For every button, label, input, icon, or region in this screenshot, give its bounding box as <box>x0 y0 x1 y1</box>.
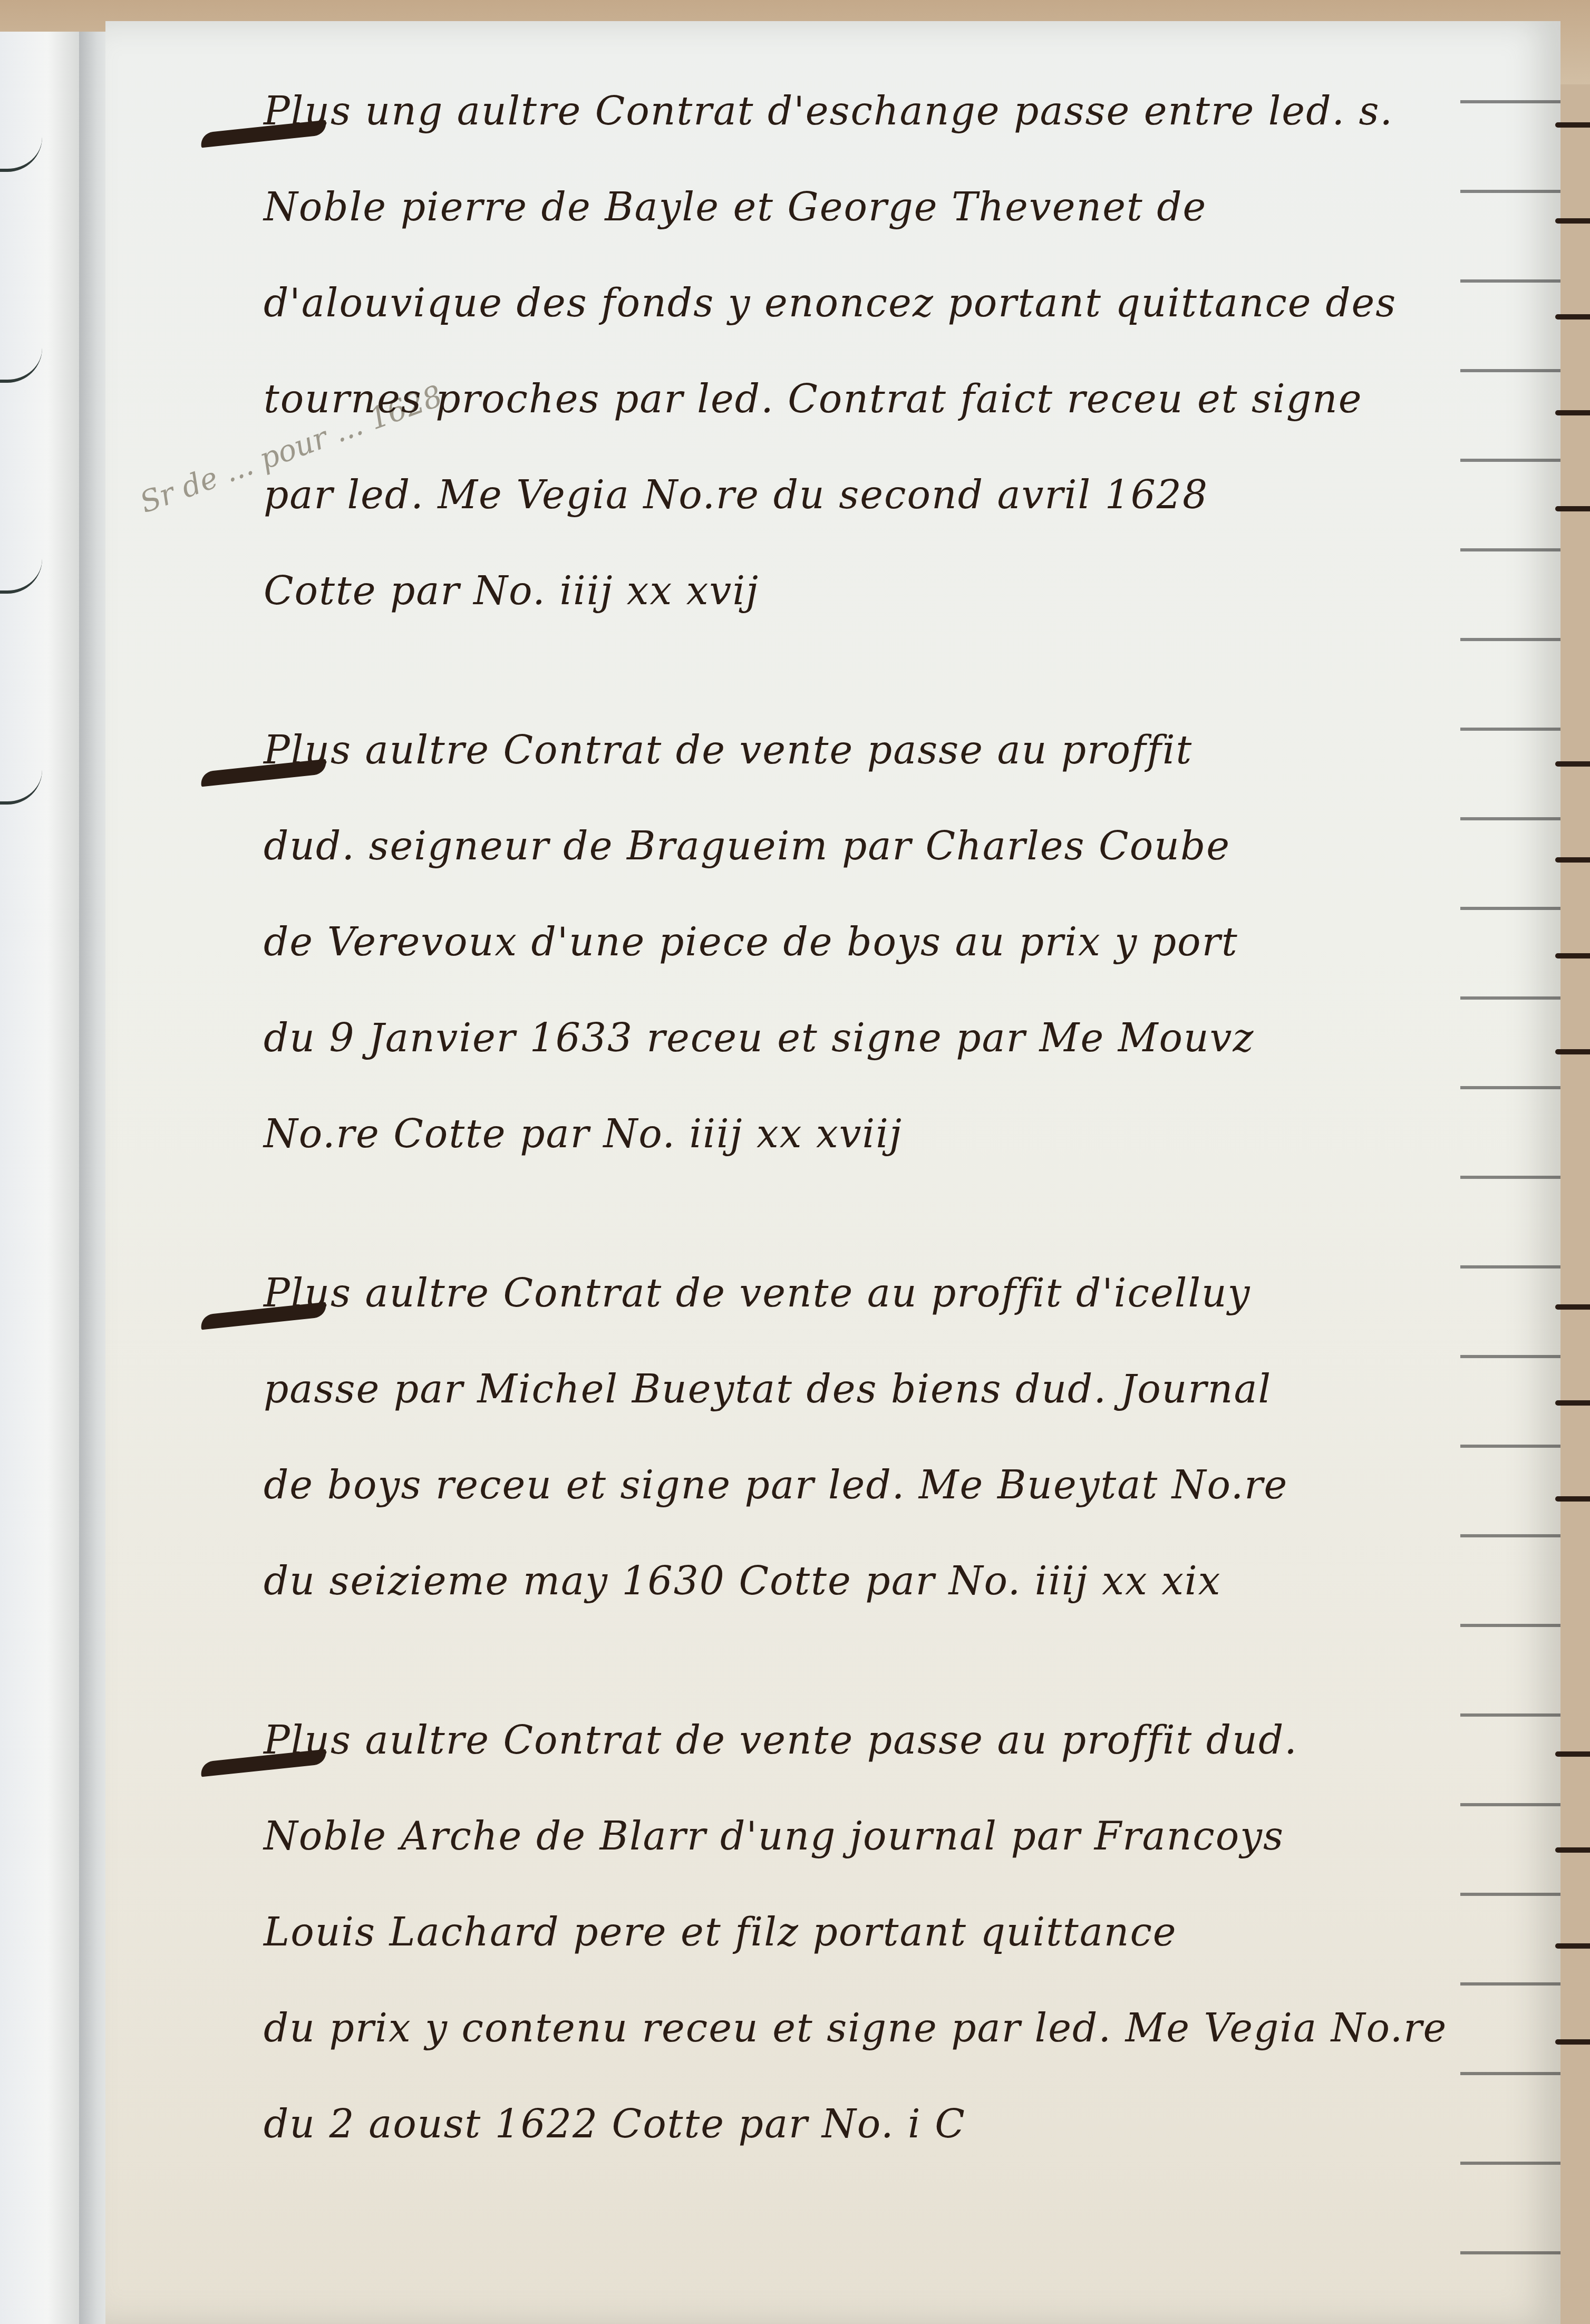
entry-cote: Cotte par No. iiij xx xvij <box>264 543 1590 639</box>
entry-line: Plus aultre Contrat de vente passe au pr… <box>264 1692 1590 1788</box>
entry-line: du prix y contenu receu et signe par led… <box>264 1980 1590 2076</box>
entry-line: de boys receu et signe par led. Me Bueyt… <box>264 1437 1590 1533</box>
entry-cote: du 2 aoust 1622 Cotte par No. i C <box>264 2076 1590 2172</box>
entry-line: Plus ung aultre Contrat d'eschange passe… <box>264 63 1590 159</box>
entry-line: Noble Arche de Blarr d'ung journal par F… <box>264 1788 1590 1884</box>
entry-line: d'alouvique des fonds y enoncez portant … <box>264 255 1590 351</box>
entry-4: Plus aultre Contrat de vente passe au pr… <box>264 1692 1590 2172</box>
binding-ring-icon <box>0 559 42 594</box>
binding-ring-icon <box>0 137 42 172</box>
entry-1: Sr de ... pour ... 1628 Plus ung aultre … <box>264 63 1590 639</box>
entry-line: passe par Michel Bueytat des biens dud. … <box>264 1341 1590 1437</box>
binding-ring-icon <box>0 770 42 805</box>
entry-3: Plus aultre Contrat de vente au proffit … <box>264 1245 1590 1629</box>
entry-line: Plus aultre Contrat de vente au proffit … <box>264 1245 1590 1341</box>
entry-line: Plus aultre Contrat de vente passe au pr… <box>264 702 1590 798</box>
entry-line: Noble pierre de Bayle et George Thevenet… <box>264 159 1590 255</box>
manuscript-page: Sr de ... pour ... 1628 Plus ung aultre … <box>105 21 1560 2324</box>
entry-line: de Verevoux d'une piece de boys au prix … <box>264 894 1590 990</box>
entry-cote: No.re Cotte par No. iiij xx xviij <box>264 1086 1590 1182</box>
entry-line: dud. seigneur de Bragueim par Charles Co… <box>264 798 1590 894</box>
entry-line: tournes proches par led. Contrat faict r… <box>264 351 1590 447</box>
entry-line: Louis Lachard pere et filz portant quitt… <box>264 1884 1590 1980</box>
binding-ring-icon <box>0 348 42 383</box>
entry-cote: du seizieme may 1630 Cotte par No. iiij … <box>264 1533 1590 1629</box>
entry-line: par led. Me Vegia No.re du second avril … <box>264 447 1590 543</box>
entry-2: Plus aultre Contrat de vente passe au pr… <box>264 702 1590 1182</box>
entry-line: du 9 Janvier 1633 receu et signe par Me … <box>264 990 1590 1086</box>
entries-list: Sr de ... pour ... 1628 Plus ung aultre … <box>264 63 1590 2235</box>
adjacent-page-edge <box>0 32 81 2324</box>
